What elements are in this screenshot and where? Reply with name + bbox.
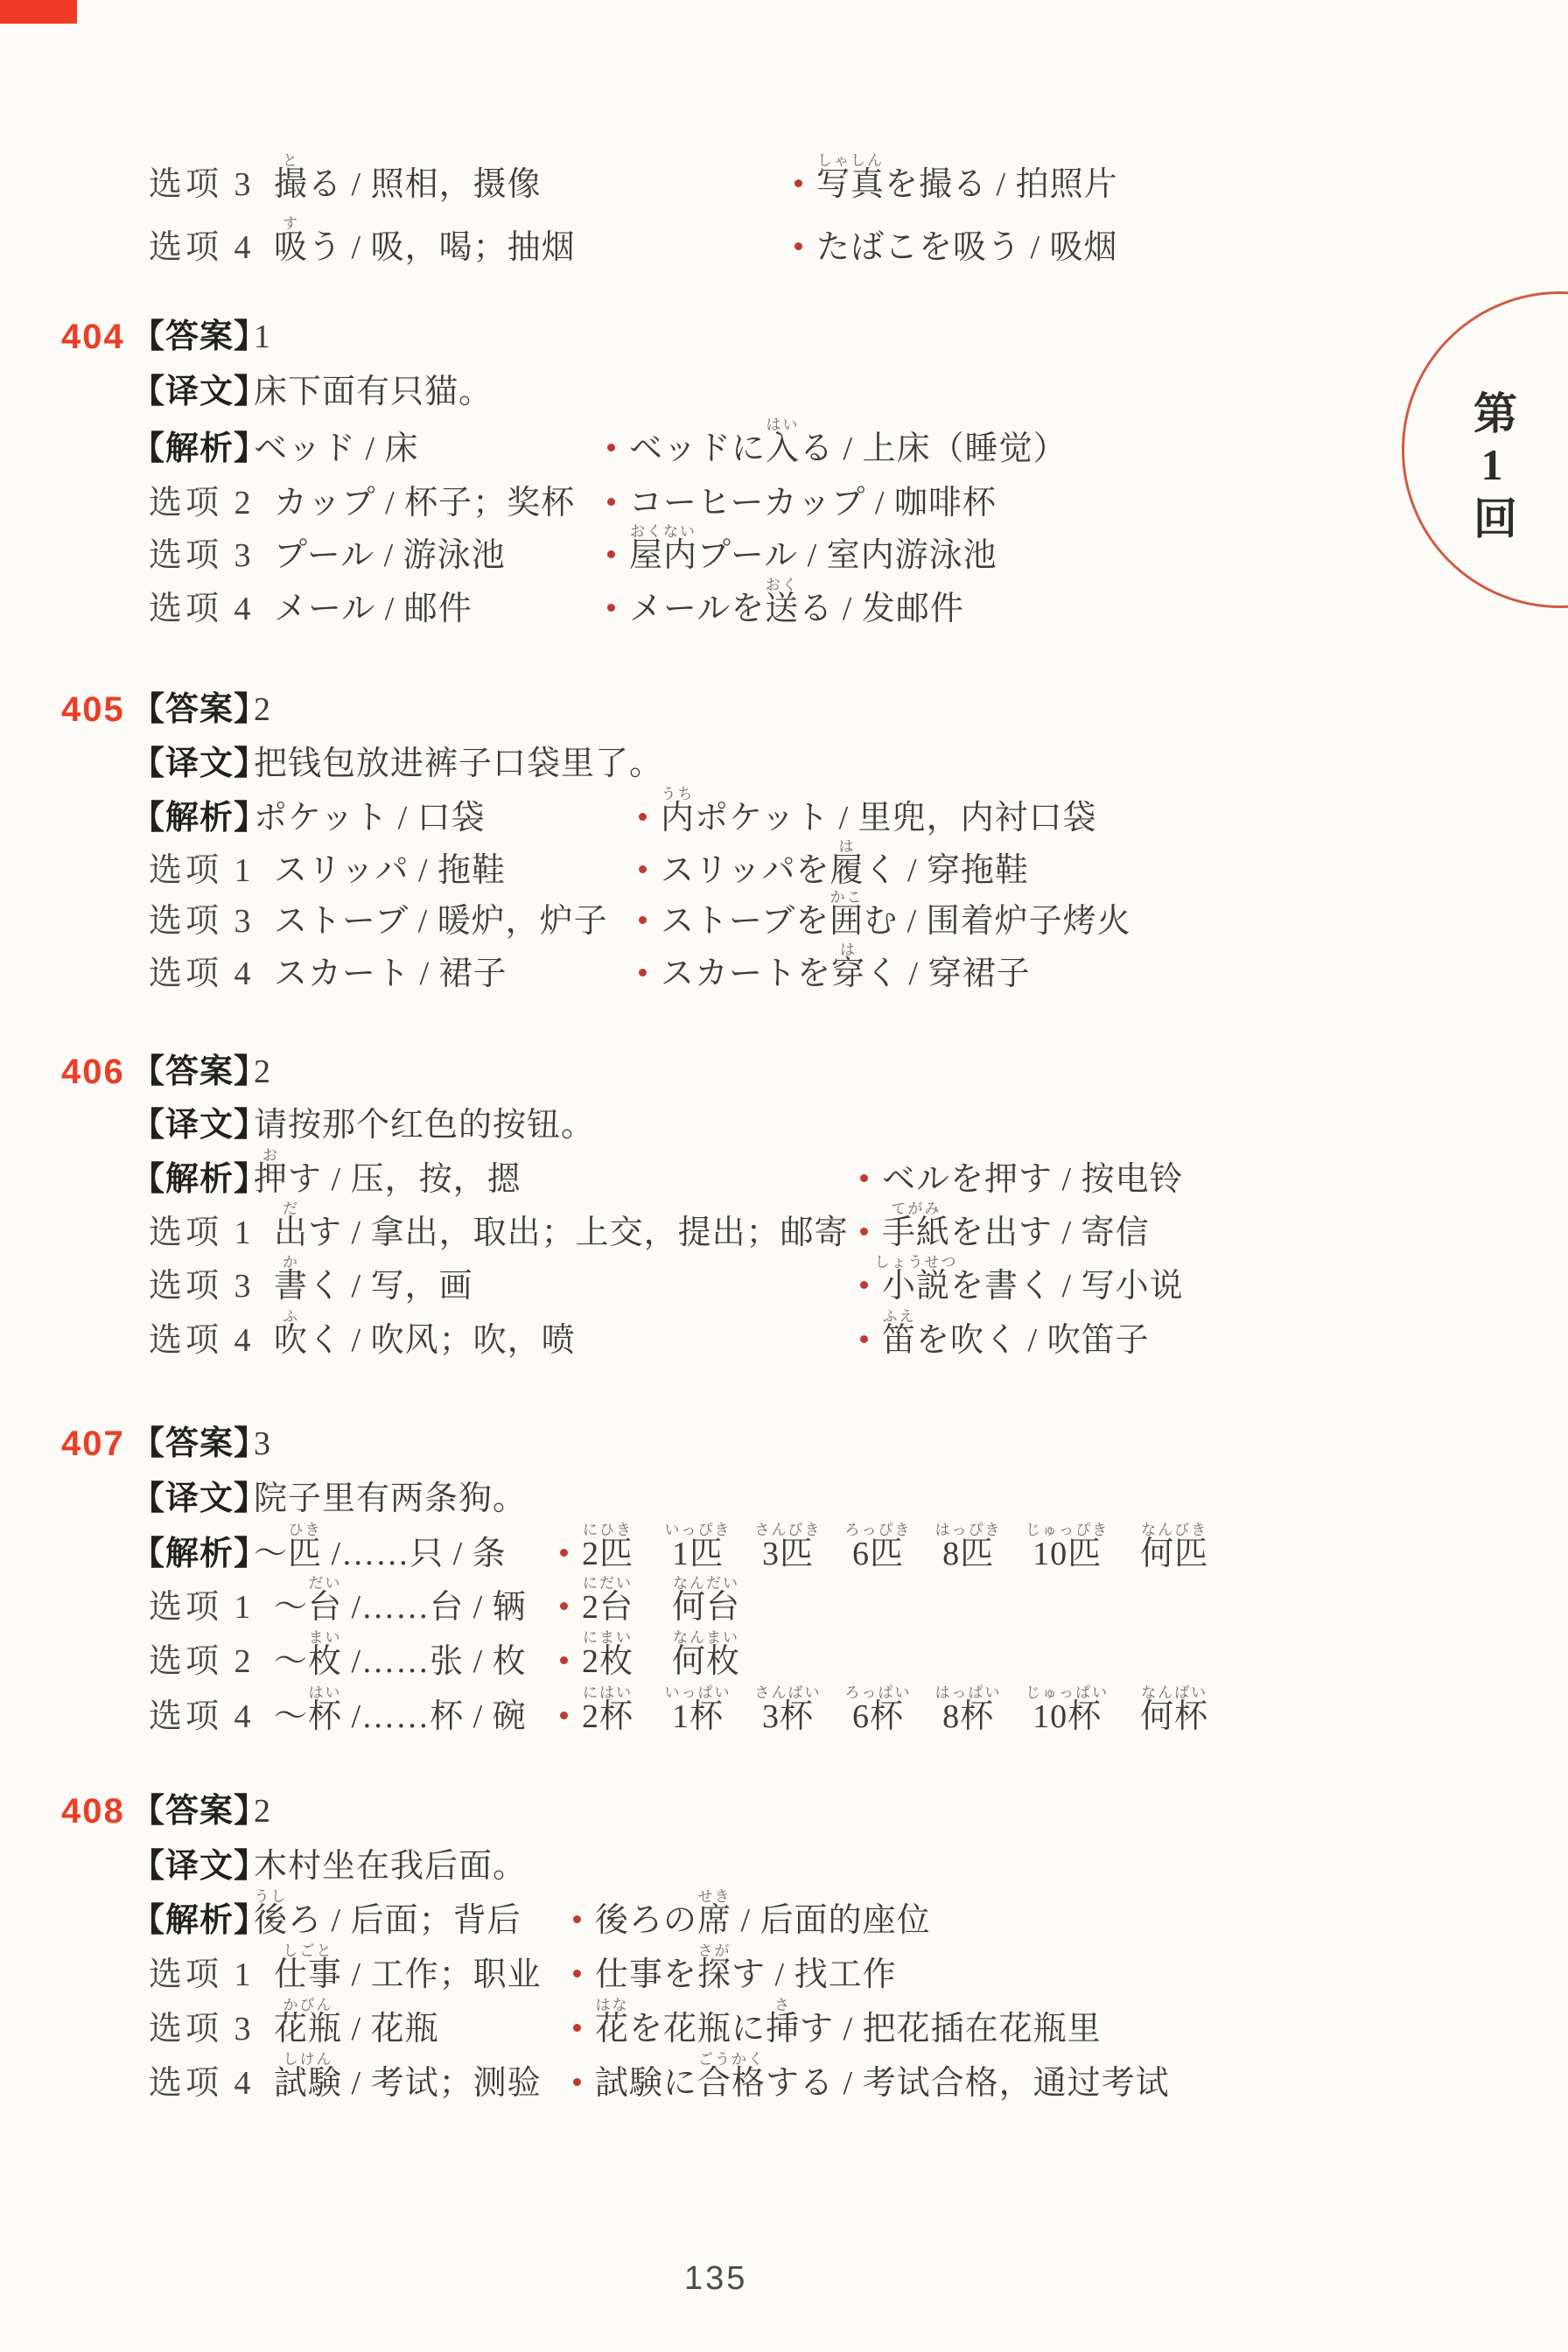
bullet-icon (639, 969, 647, 976)
ruby-base: 小説しょうせつ (882, 1266, 950, 1306)
row-right-text: 試験に合格ごうかくする / 考试合格，通过考试 (595, 2065, 1170, 2102)
furigana: さ (774, 1998, 791, 2012)
question-number: 408 (61, 1791, 125, 1831)
ruby-base: 吹ふ (274, 1320, 308, 1361)
counter-item: 3杯さんばい (762, 1697, 814, 1737)
bullet-icon (573, 2024, 581, 2032)
row-left-text: 吹ふく / 吹风；吹，喷 (274, 1320, 576, 1361)
answer-label: 【答案】 (131, 317, 268, 357)
furigana: じゅっぱい (1025, 1685, 1109, 1700)
example-phrase: メールを送おくる / 发邮件 (607, 589, 964, 629)
row-left-text: プール / 游泳池 (274, 535, 506, 576)
ruby-base: 台だい (308, 1587, 342, 1627)
row-left-text: 吸すう / 吸，喝；抽烟 (274, 227, 576, 268)
answer-value: 2 (254, 1791, 271, 1831)
answer-value: 2 (254, 689, 271, 730)
row-right-text: メールを送おくる / 发邮件 (629, 591, 964, 627)
row-label: 【解析】 (131, 1900, 268, 1941)
furigana: いっぱい (665, 1685, 731, 1700)
ruby-base: 何匹なんびき (1140, 1534, 1208, 1574)
example-phrase: 内うちポケット / 里兜，内衬口袋 (639, 798, 1097, 838)
furigana: じゅっぴき (1025, 1522, 1109, 1537)
ruby-base: 3杯さんばい (762, 1697, 814, 1737)
row-left-text: ～枚まい /……张 / 枚 (274, 1641, 527, 1682)
furigana: おく (766, 577, 799, 592)
counter-item: 8杯はっぱい (942, 1697, 994, 1737)
furigana: す (283, 216, 299, 231)
furigana: にだい (583, 1576, 633, 1591)
row-right-text: コーヒーカップ / 咖啡杯 (629, 485, 997, 521)
row-label: 【解析】 (131, 1534, 268, 1574)
furigana: かこ (830, 890, 864, 905)
ruby-base: 8杯はっぱい (942, 1697, 994, 1737)
furigana: さんばい (755, 1685, 822, 1700)
ruby-base: 3匹さんびき (762, 1534, 814, 1574)
furigana: だ (283, 1201, 299, 1216)
ruby-base: 10杯じゅっぱい (1032, 1697, 1102, 1737)
content: 选项 3撮とる / 照相，摄像写真しゃしんを撮る / 拍照片选项 4吸すう / … (0, 0, 1568, 2352)
translation-label: 【译文】 (131, 1105, 268, 1145)
option-row: 选项 1スリッパ / 拖鞋スリッパを履はく / 穿拖鞋 (0, 850, 1568, 892)
counter-item: 6匹ろっぴき (852, 1534, 904, 1574)
ruby-base: 席せき (697, 1900, 731, 1941)
row-label: 选项 1 (149, 1213, 255, 1253)
row-label: 选项 2 (149, 483, 255, 523)
bullet-icon (607, 550, 615, 558)
furigana: まい (309, 1630, 342, 1645)
row-left-text: ストーブ / 暖炉，炉子 (274, 901, 608, 941)
ruby-base: 内うち (661, 798, 695, 838)
row-right-text: たばこを吸う / 吸烟 (816, 229, 1118, 266)
ruby-base: 屋内おくない (629, 535, 697, 576)
example-phrase: 仕事を探さがす / 找工作 (573, 1955, 897, 1995)
bullet-icon (860, 1281, 868, 1289)
row-label: 选项 3 (149, 164, 255, 205)
counter-item: 3匹さんびき (762, 1534, 814, 1574)
row-label: 选项 4 (149, 2063, 255, 2103)
furigana: ふ (283, 1309, 299, 1324)
row-left-text: 仕事しごと / 工作；职业 (274, 1955, 542, 1995)
translation-label: 【译文】 (131, 372, 268, 412)
furigana: ろっぱい (845, 1685, 912, 1700)
row-left-text: スカート / 裙子 (274, 954, 507, 994)
counter-item: 1匹いっぴき (672, 1534, 724, 1574)
question-number: 404 (61, 317, 125, 357)
ruby-base: 8匹はっぴき (942, 1534, 994, 1574)
ruby-base: 花瓶かびん (274, 2009, 342, 2049)
example-phrase: スカートを穿はく / 穿裙子 (639, 954, 1031, 994)
row-label: 选项 3 (149, 535, 255, 576)
question-number: 405 (61, 689, 125, 730)
ruby-base: 挿さ (766, 2009, 800, 2049)
furigana: さんびき (755, 1522, 822, 1537)
ruby-base: 吸す (274, 227, 308, 268)
ruby-base: 後うし (254, 1900, 288, 1941)
ruby-base: 穿は (831, 954, 865, 994)
row-label: 选项 4 (149, 1320, 255, 1361)
row-left-text: ポケット / 口袋 (254, 798, 486, 838)
bullet-icon (607, 498, 615, 506)
furigana: せき (698, 1889, 731, 1904)
counter-item: 8匹はっぴき (942, 1534, 994, 1574)
example-phrase: 2匹にひき1匹いっぴき3匹さんびき6匹ろっぴき8匹はっぴき10匹じゅっぴき何匹な… (560, 1534, 1247, 1574)
ruby-base: 書か (274, 1266, 308, 1306)
furigana: ろっぴき (845, 1522, 912, 1537)
bullet-icon (560, 1711, 568, 1719)
ruby-base: 花はな (595, 2009, 629, 2049)
furigana: しごと (283, 1943, 333, 1958)
row-right-text: ストーブを囲かこむ / 围着炉子烤火 (661, 903, 1131, 940)
row-label: 选项 4 (149, 1697, 255, 1737)
ruby-base: 匹ひき (288, 1534, 322, 1574)
bullet-icon (860, 1174, 868, 1182)
textbook-page: 第1回 选项 3撮とる / 照相，摄像写真しゃしんを撮る / 拍照片选项 4吸す… (0, 0, 1568, 2352)
row-right-text: 屋内おくないプール / 室内游泳池 (629, 537, 997, 574)
row-left-text: ～匹ひき /……只 / 条 (254, 1534, 507, 1574)
analysis-row: 【解析】ポケット / 口袋内うちポケット / 里兜，内衬口袋 (0, 798, 1568, 840)
analysis-row: 【解析】押おす / 压，按，摁ベルを押す / 按电铃 (0, 1159, 1568, 1201)
furigana: なんばい (1141, 1685, 1207, 1700)
answer-label: 【答案】 (131, 689, 268, 730)
bullet-icon (860, 1335, 868, 1343)
bullet-icon (560, 1602, 568, 1610)
row-label: 选项 2 (149, 1641, 255, 1682)
option-row: 选项 4試験しけん / 考试；测验試験に合格ごうかくする / 考试合格，通过考试 (0, 2063, 1568, 2105)
ruby-base: 6匹ろっぴき (852, 1534, 904, 1574)
answer-header-line: 408【答案】2 (0, 1791, 1568, 1833)
counter-item: 2匹にひき (582, 1534, 633, 1574)
answer-value: 1 (254, 317, 271, 357)
counter-item: 2枚にまい (582, 1641, 633, 1682)
row-label: 选项 1 (149, 850, 255, 891)
furigana: はい (309, 1685, 342, 1700)
option-row: 选项 2～枚まい /……张 / 枚2枚にまい何枚なんまい (0, 1641, 1568, 1683)
answer-label: 【答案】 (131, 1791, 268, 1831)
ruby-base: 杯はい (308, 1697, 342, 1737)
row-label: 选项 4 (149, 589, 255, 629)
row-right-text: 写真しゃしんを撮る / 拍照片 (816, 166, 1118, 203)
analysis-row: 【解析】ベッド / 床ベッドに入はいる / 上床（睡觉） (0, 429, 1568, 471)
row-left-text: 書かく / 写，画 (274, 1266, 473, 1306)
ruby-base: 笛ふえ (882, 1320, 916, 1361)
ruby-base: 手紙てがみ (882, 1213, 950, 1253)
ruby-base: 出だ (274, 1213, 308, 1253)
row-right-text: スリッパを履はく / 穿拖鞋 (661, 852, 1029, 889)
row-left-text: 出だす / 拿出，取出；上交，提出；邮寄 (274, 1213, 849, 1253)
counter-item: 1杯いっぱい (672, 1697, 724, 1737)
bullet-icon (639, 813, 647, 821)
furigana: しけん (283, 2052, 333, 2067)
example-phrase: 花はなを花瓶に挿さす / 把花插在花瓶里 (573, 2009, 1102, 2049)
example-phrase: たばこを吸う / 吸烟 (794, 227, 1118, 268)
furigana: にひき (583, 1522, 633, 1537)
row-right-text: 手紙てがみを出す / 寄信 (882, 1214, 1150, 1251)
counter-item: 10匹じゅっぴき (1032, 1534, 1102, 1574)
furigana: ふえ (883, 1309, 916, 1324)
furigana: ひき (289, 1522, 322, 1537)
answer-label: 【答案】 (131, 1424, 268, 1464)
row-label: 选项 3 (149, 1266, 255, 1306)
ruby-base: 何杯なんばい (1140, 1697, 1208, 1737)
furigana: はっぴき (935, 1522, 1002, 1537)
ruby-base: 押お (254, 1159, 288, 1200)
row-label: 选项 3 (149, 2009, 255, 2049)
analysis-row: 【解析】～匹ひき /……只 / 条2匹にひき1匹いっぴき3匹さんびき6匹ろっぴき… (0, 1534, 1568, 1576)
example-phrase: 2杯にはい1杯いっぱい3杯さんばい6杯ろっぱい8杯はっぱい10杯じゅっぱい何杯な… (560, 1697, 1247, 1737)
row-label: 【解析】 (131, 1159, 268, 1200)
row-right-text: 内うちポケット / 里兜，内衬口袋 (661, 800, 1097, 836)
option-row: 选项 3花瓶かびん / 花瓶花はなを花瓶に挿さす / 把花插在花瓶里 (0, 2009, 1568, 2051)
furigana: なんだい (673, 1576, 739, 1591)
ruby-base: 入はい (766, 429, 800, 469)
ruby-base: 撮と (274, 164, 308, 205)
translation-text: 木村坐在我后面。 (254, 1846, 527, 1886)
ruby-base: 枚まい (308, 1641, 342, 1682)
option-row: 选项 3撮とる / 照相，摄像写真しゃしんを撮る / 拍照片 (0, 164, 1568, 206)
translation-line: 【译文】床下面有只猫。 (0, 372, 1568, 414)
translation-text: 把钱包放进裤子口袋里了。 (254, 744, 663, 784)
row-label: 【解析】 (131, 429, 268, 469)
translation-line: 【译文】院子里有两条狗。 (0, 1479, 1568, 1521)
furigana: かびん (283, 1998, 333, 2012)
example-phrase: コーヒーカップ / 咖啡杯 (607, 483, 997, 523)
row-right-text: ベッドに入はいる / 上床（睡觉） (629, 430, 1067, 467)
page-number: 135 (684, 2260, 747, 2298)
example-phrase: ベッドに入はいる / 上床（睡觉） (607, 429, 1067, 469)
bullet-icon (560, 1549, 568, 1557)
row-right-text: スカートを穿はく / 穿裙子 (661, 955, 1031, 992)
bullet-icon (607, 444, 615, 451)
option-row: 选项 4吸すう / 吸，喝；抽烟たばこを吸う / 吸烟 (0, 227, 1568, 269)
bullet-icon (560, 1656, 568, 1664)
bullet-icon (639, 916, 647, 924)
row-left-text: 後うしろ / 后面；背后 (254, 1900, 521, 1941)
furigana: なんまい (673, 1630, 739, 1645)
answer-value: 2 (254, 1052, 271, 1092)
ruby-base: 何台なんだい (672, 1587, 740, 1627)
ruby-base: 2杯にはい (582, 1697, 633, 1737)
example-phrase: 屋内おくないプール / 室内游泳池 (607, 535, 997, 576)
row-left-text: 試験しけん / 考试；测验 (274, 2063, 542, 2103)
translation-line: 【译文】请按那个红色的按钮。 (0, 1105, 1568, 1147)
option-row: 选项 3プール / 游泳池屋内おくないプール / 室内游泳池 (0, 535, 1568, 577)
row-left-text: 押おす / 压，按，摁 (254, 1159, 521, 1200)
furigana: は (838, 839, 855, 854)
option-row: 选项 1～台だい /……台 / 辆2台にだい何台なんだい (0, 1587, 1568, 1629)
counter-item: 6杯ろっぱい (852, 1697, 904, 1737)
translation-label: 【译文】 (131, 1846, 268, 1886)
furigana: お (262, 1148, 279, 1163)
example-phrase: 笛ふえを吹く / 吹笛子 (860, 1320, 1150, 1361)
option-row: 选项 4メール / 邮件メールを送おくる / 发邮件 (0, 589, 1568, 631)
example-phrase: 2台にだい何台なんだい (560, 1587, 779, 1627)
row-label: 选项 1 (149, 1587, 255, 1627)
row-label: 选项 4 (149, 954, 255, 994)
row-right-text: 笛ふえを吹く / 吹笛子 (882, 1322, 1150, 1359)
ruby-base: 試験しけん (274, 2063, 342, 2103)
ruby-base: 探さが (697, 1955, 731, 1995)
question-number: 406 (61, 1052, 125, 1092)
furigana: しょうせつ (875, 1255, 958, 1270)
furigana: と (283, 153, 299, 168)
ruby-base: 合格ごうかく (697, 2063, 766, 2103)
row-label: 【解析】 (131, 798, 268, 838)
furigana: なんびき (1141, 1522, 1207, 1537)
option-row: 选项 2カップ / 杯子；奖杯コーヒーカップ / 咖啡杯 (0, 483, 1568, 525)
ruby-base: 何枚なんまい (672, 1641, 740, 1682)
row-left-text: スリッパ / 拖鞋 (274, 850, 506, 891)
answer-header-line: 404【答案】1 (0, 317, 1568, 359)
row-left-text: カップ / 杯子；奖杯 (274, 483, 575, 523)
row-left-text: ～杯はい /……杯 / 碗 (274, 1697, 527, 1737)
counter-item: 2杯にはい (582, 1697, 633, 1737)
ruby-base: 1匹いっぴき (672, 1534, 724, 1574)
example-phrase: 2枚にまい何枚なんまい (560, 1641, 779, 1682)
row-left-text: 撮とる / 照相，摄像 (274, 164, 542, 205)
example-phrase: 写真しゃしんを撮る / 拍照片 (794, 164, 1118, 205)
bullet-icon (794, 242, 802, 250)
row-right-text: 仕事を探さがす / 找工作 (595, 1956, 897, 1993)
furigana: か (283, 1255, 299, 1270)
bullet-icon (573, 2078, 581, 2086)
answer-label: 【答案】 (131, 1052, 268, 1092)
bullet-icon (794, 179, 802, 187)
example-phrase: ストーブを囲かこむ / 围着炉子烤火 (639, 901, 1131, 941)
furigana: ごうかく (698, 2052, 765, 2067)
answer-header-line: 405【答案】2 (0, 689, 1568, 731)
counter-item: 何枚なんまい (672, 1641, 740, 1682)
translation-text: 院子里有两条狗。 (254, 1479, 527, 1519)
bullet-icon (573, 1970, 581, 1977)
translation-label: 【译文】 (131, 1479, 268, 1519)
option-row: 选项 4～杯はい /……杯 / 碗2杯にはい1杯いっぱい3杯さんばい6杯ろっぱい… (0, 1697, 1568, 1739)
ruby-base: 写真しゃしん (816, 164, 885, 205)
example-phrase: ベルを押す / 按电铃 (860, 1159, 1184, 1200)
translation-line: 【译文】木村坐在我后面。 (0, 1846, 1568, 1888)
answer-value: 3 (254, 1424, 271, 1464)
row-right-text: 後ろの席せき / 后面的座位 (595, 1902, 931, 1939)
answer-header-line: 406【答案】2 (0, 1052, 1568, 1094)
furigana: いっぴき (665, 1522, 731, 1537)
translation-label: 【译文】 (131, 744, 268, 784)
bullet-icon (860, 1228, 868, 1235)
question-number: 407 (61, 1424, 125, 1464)
ruby-base: 6杯ろっぱい (852, 1697, 904, 1737)
example-phrase: 小説しょうせつを書く / 写小说 (860, 1266, 1184, 1306)
example-phrase: 試験に合格ごうかくする / 考试合格，通过考试 (573, 2063, 1170, 2103)
analysis-row: 【解析】後うしろ / 后面；背后後ろの席せき / 后面的座位 (0, 1900, 1568, 1942)
counter-item: 何台なんだい (672, 1587, 740, 1627)
translation-text: 床下面有只猫。 (254, 372, 493, 412)
bullet-icon (573, 1915, 581, 1923)
furigana: おくない (630, 524, 696, 539)
furigana: てがみ (892, 1201, 941, 1216)
ruby-base: 2枚にまい (582, 1641, 633, 1682)
furigana: にはい (583, 1685, 633, 1700)
ruby-base: 送おく (765, 589, 799, 629)
furigana: うし (255, 1889, 288, 1904)
row-label: 选项 4 (149, 227, 255, 268)
option-row: 选项 1出だす / 拿出，取出；上交，提出；邮寄手紙てがみを出す / 寄信 (0, 1213, 1568, 1255)
row-right-text: ベルを押す / 按电铃 (882, 1161, 1184, 1198)
ruby-base: 囲かこ (829, 901, 864, 941)
counter-item: 何杯なんばい (1140, 1697, 1208, 1737)
furigana: はっぱい (935, 1685, 1002, 1700)
bullet-icon (639, 865, 647, 873)
counter-item: 10杯じゅっぱい (1032, 1697, 1102, 1737)
option-row: 选项 4吹ふく / 吹风；吹，喷笛ふえを吹く / 吹笛子 (0, 1320, 1568, 1362)
furigana: にまい (583, 1630, 633, 1645)
example-phrase: スリッパを履はく / 穿拖鞋 (639, 850, 1029, 891)
option-row: 选项 4スカート / 裙子スカートを穿はく / 穿裙子 (0, 954, 1568, 996)
translation-text: 请按那个红色的按钮。 (254, 1105, 595, 1145)
row-left-text: メール / 邮件 (274, 589, 472, 629)
row-left-text: ～台だい /……台 / 辆 (274, 1587, 527, 1627)
furigana: はな (596, 1998, 629, 2012)
row-label: 选项 1 (149, 1955, 255, 1995)
row-label: 选项 3 (149, 901, 255, 941)
ruby-base: 履は (829, 850, 864, 891)
translation-line: 【译文】把钱包放进裤子口袋里了。 (0, 744, 1568, 786)
answer-header-line: 407【答案】3 (0, 1424, 1568, 1466)
counter-item: 2台にだい (582, 1587, 633, 1627)
ruby-base: 1杯いっぱい (672, 1697, 724, 1737)
row-left-text: ベッド / 床 (254, 429, 419, 469)
furigana: しゃしん (817, 153, 884, 168)
ruby-base: 10匹じゅっぴき (1032, 1534, 1102, 1574)
counter-item: 何匹なんびき (1140, 1534, 1208, 1574)
row-left-text: 花瓶かびん / 花瓶 (274, 2009, 439, 2049)
ruby-base: 仕事しごと (274, 1955, 342, 1995)
example-phrase: 手紙てがみを出す / 寄信 (860, 1213, 1150, 1253)
furigana: はい (766, 417, 800, 432)
bullet-icon (607, 604, 615, 612)
furigana: うち (661, 787, 695, 801)
option-row: 选项 3ストーブ / 暖炉，炉子ストーブを囲かこむ / 围着炉子烤火 (0, 901, 1568, 943)
row-right-text: 花はなを花瓶に挿さす / 把花插在花瓶里 (595, 2011, 1102, 2047)
row-right-text: 小説しょうせつを書く / 写小说 (882, 1268, 1184, 1305)
furigana: さが (698, 1943, 731, 1958)
furigana: だい (309, 1576, 342, 1591)
ruby-base: 2台にだい (582, 1587, 633, 1627)
option-row: 选项 3書かく / 写，画小説しょうせつを書く / 写小说 (0, 1266, 1568, 1308)
ruby-base: 2匹にひき (582, 1534, 633, 1574)
furigana: は (840, 942, 857, 957)
option-row: 选项 1仕事しごと / 工作；职业仕事を探さがす / 找工作 (0, 1955, 1568, 1997)
example-phrase: 後ろの席せき / 后面的座位 (573, 1900, 931, 1941)
